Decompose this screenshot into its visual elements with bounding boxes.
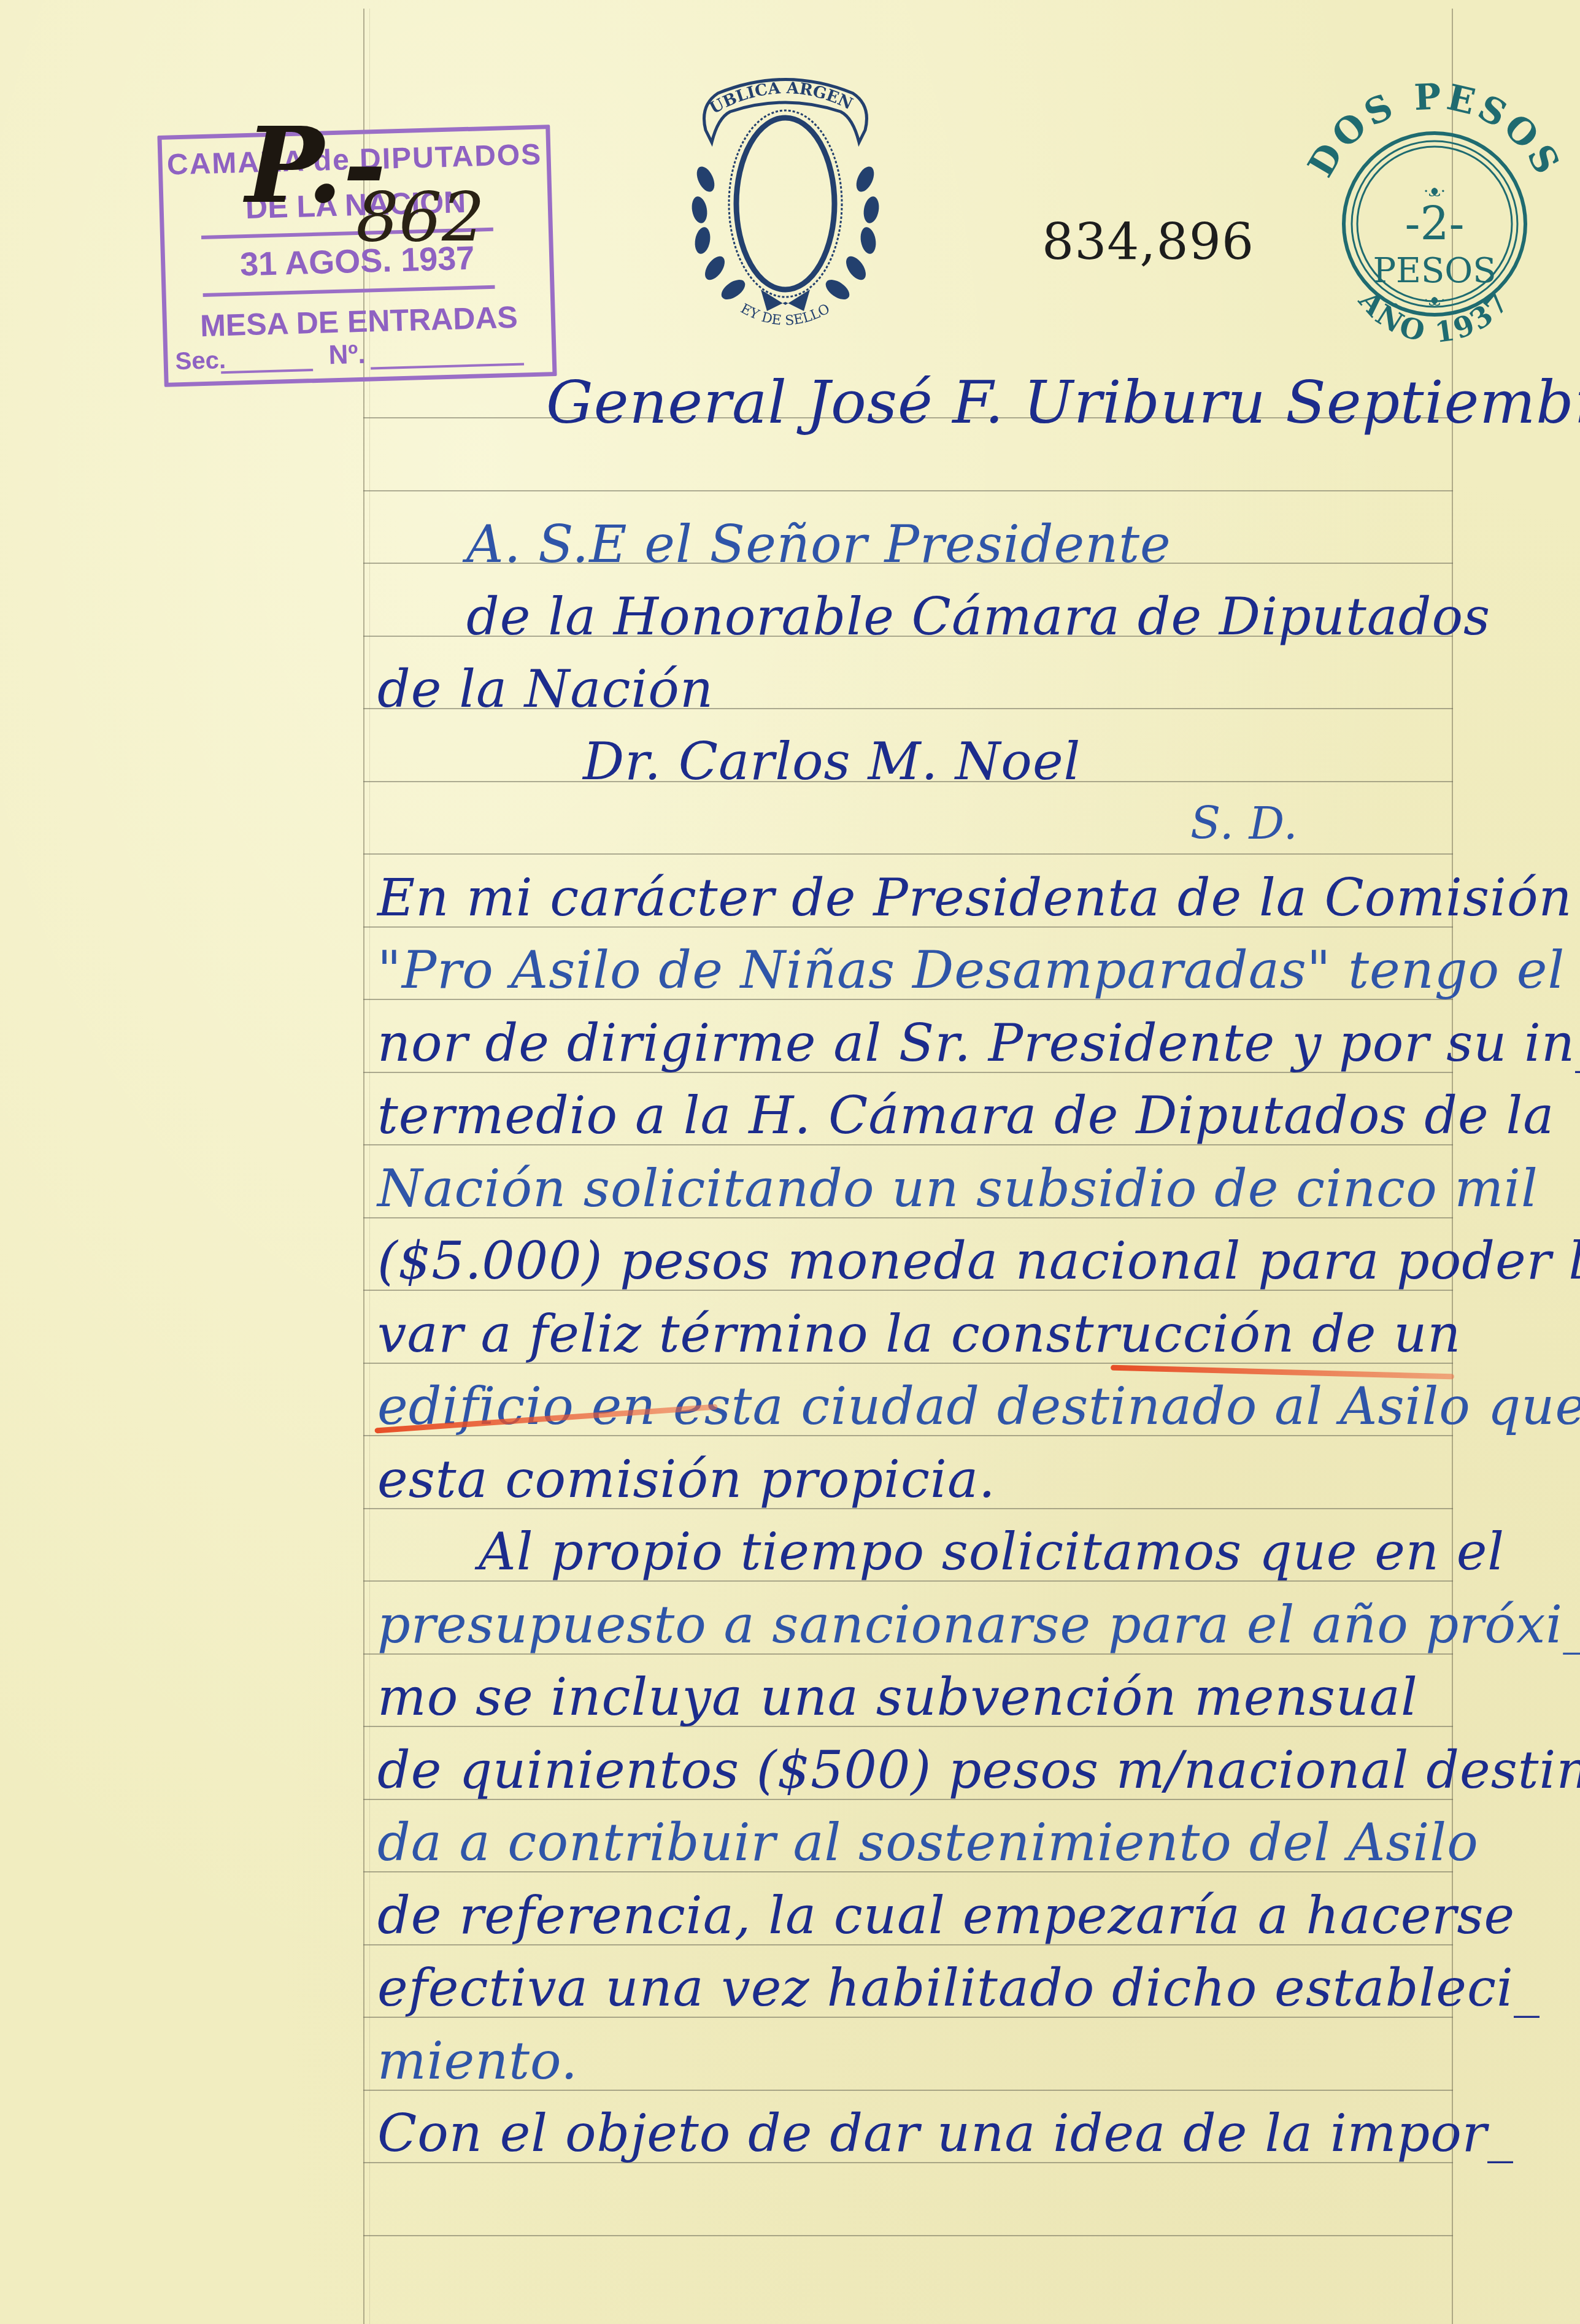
stamp-office: MESA DE ENTRADAS [166, 298, 551, 344]
body-line: efectiva una vez habilitado dicho establ… [377, 1958, 1540, 2018]
ruled-line [363, 2235, 1453, 2236]
address-line: A. S.E el Señor Presidente [466, 514, 1171, 574]
body-line: "Pro Asilo de Niñas Desamparadas" tengo … [377, 940, 1580, 1000]
address-line: de la Honorable Cámara de Diputados [466, 587, 1490, 647]
ruled-line [363, 490, 1453, 491]
svg-text:·ᴥ·: ·ᴥ· [1424, 291, 1446, 310]
body-line: En mi carácter de Presidenta de la Comis… [377, 868, 1573, 928]
body-line: nor de dirigirme al Sr. Presidente y por… [377, 1013, 1580, 1073]
body-line: de quinientos ($500) pesos m/nacional de… [377, 1740, 1580, 1800]
svg-text:DOS PESOS: DOS PESOS [1300, 75, 1570, 184]
address-line: de la Nación [377, 659, 714, 719]
body-line: edificio en esta ciudad destinado al Asi… [377, 1376, 1580, 1436]
body-line: var a feliz término la construcción de u… [377, 1304, 1461, 1364]
address-recipient: Dr. Carlos M. Noel [583, 731, 1081, 791]
svg-text:PESOS: PESOS [1373, 251, 1496, 291]
body-line: miento. [377, 2031, 578, 2091]
body-line: mo se incluya una subvención mensual [377, 1667, 1418, 1727]
body-line: da a contribuir al sostenimiento del Asi… [377, 1812, 1479, 1872]
letter-dateline: General José F. Uriburu Septiembre 1º 19… [546, 368, 1580, 437]
stamp-divider [203, 285, 495, 297]
stamp-number-line [371, 363, 524, 369]
body-line: esta comisión propicia. [377, 1449, 996, 1509]
serial-number: 834,896 [1042, 214, 1254, 272]
body-line: de referencia, la cual empezaría a hacer… [377, 1885, 1515, 1945]
handwritten-entry-number: 862 [356, 178, 485, 256]
body-line: Al propio tiempo solicitamos que en el [479, 1522, 1505, 1582]
stamp-number-label: Nº. [328, 339, 366, 371]
svg-text:-2-: -2- [1405, 198, 1464, 250]
body-line: Con el objeto de dar una idea de la impo… [377, 2103, 1514, 2163]
address-sd: S. D. [1190, 798, 1298, 849]
coat-of-arms-seal-icon: REPUBLICA ARGENTINA ·LEY DE SELLOS· [681, 69, 890, 339]
stamp-sec-line [221, 369, 313, 374]
ruled-line [363, 853, 1453, 855]
body-line: ($5.000) pesos moneda nacional para pode… [377, 1231, 1580, 1291]
body-line: presupuesto a sancionarse para el año pr… [377, 1595, 1580, 1655]
stamp-sec-label: Sec. [175, 347, 226, 375]
svg-text:REPUBLICA ARGENTINA: REPUBLICA ARGENTINA [681, 69, 855, 118]
fiscal-stamp-icon: DOS PESOS ·ᴥ· -2- PESOS ·ᴥ· AÑO 1937 [1300, 74, 1570, 356]
body-line: Nación solicitando un subsidio de cinco … [377, 1158, 1538, 1218]
body-line: termedio a la H. Cámara de Diputados de … [377, 1085, 1554, 1145]
